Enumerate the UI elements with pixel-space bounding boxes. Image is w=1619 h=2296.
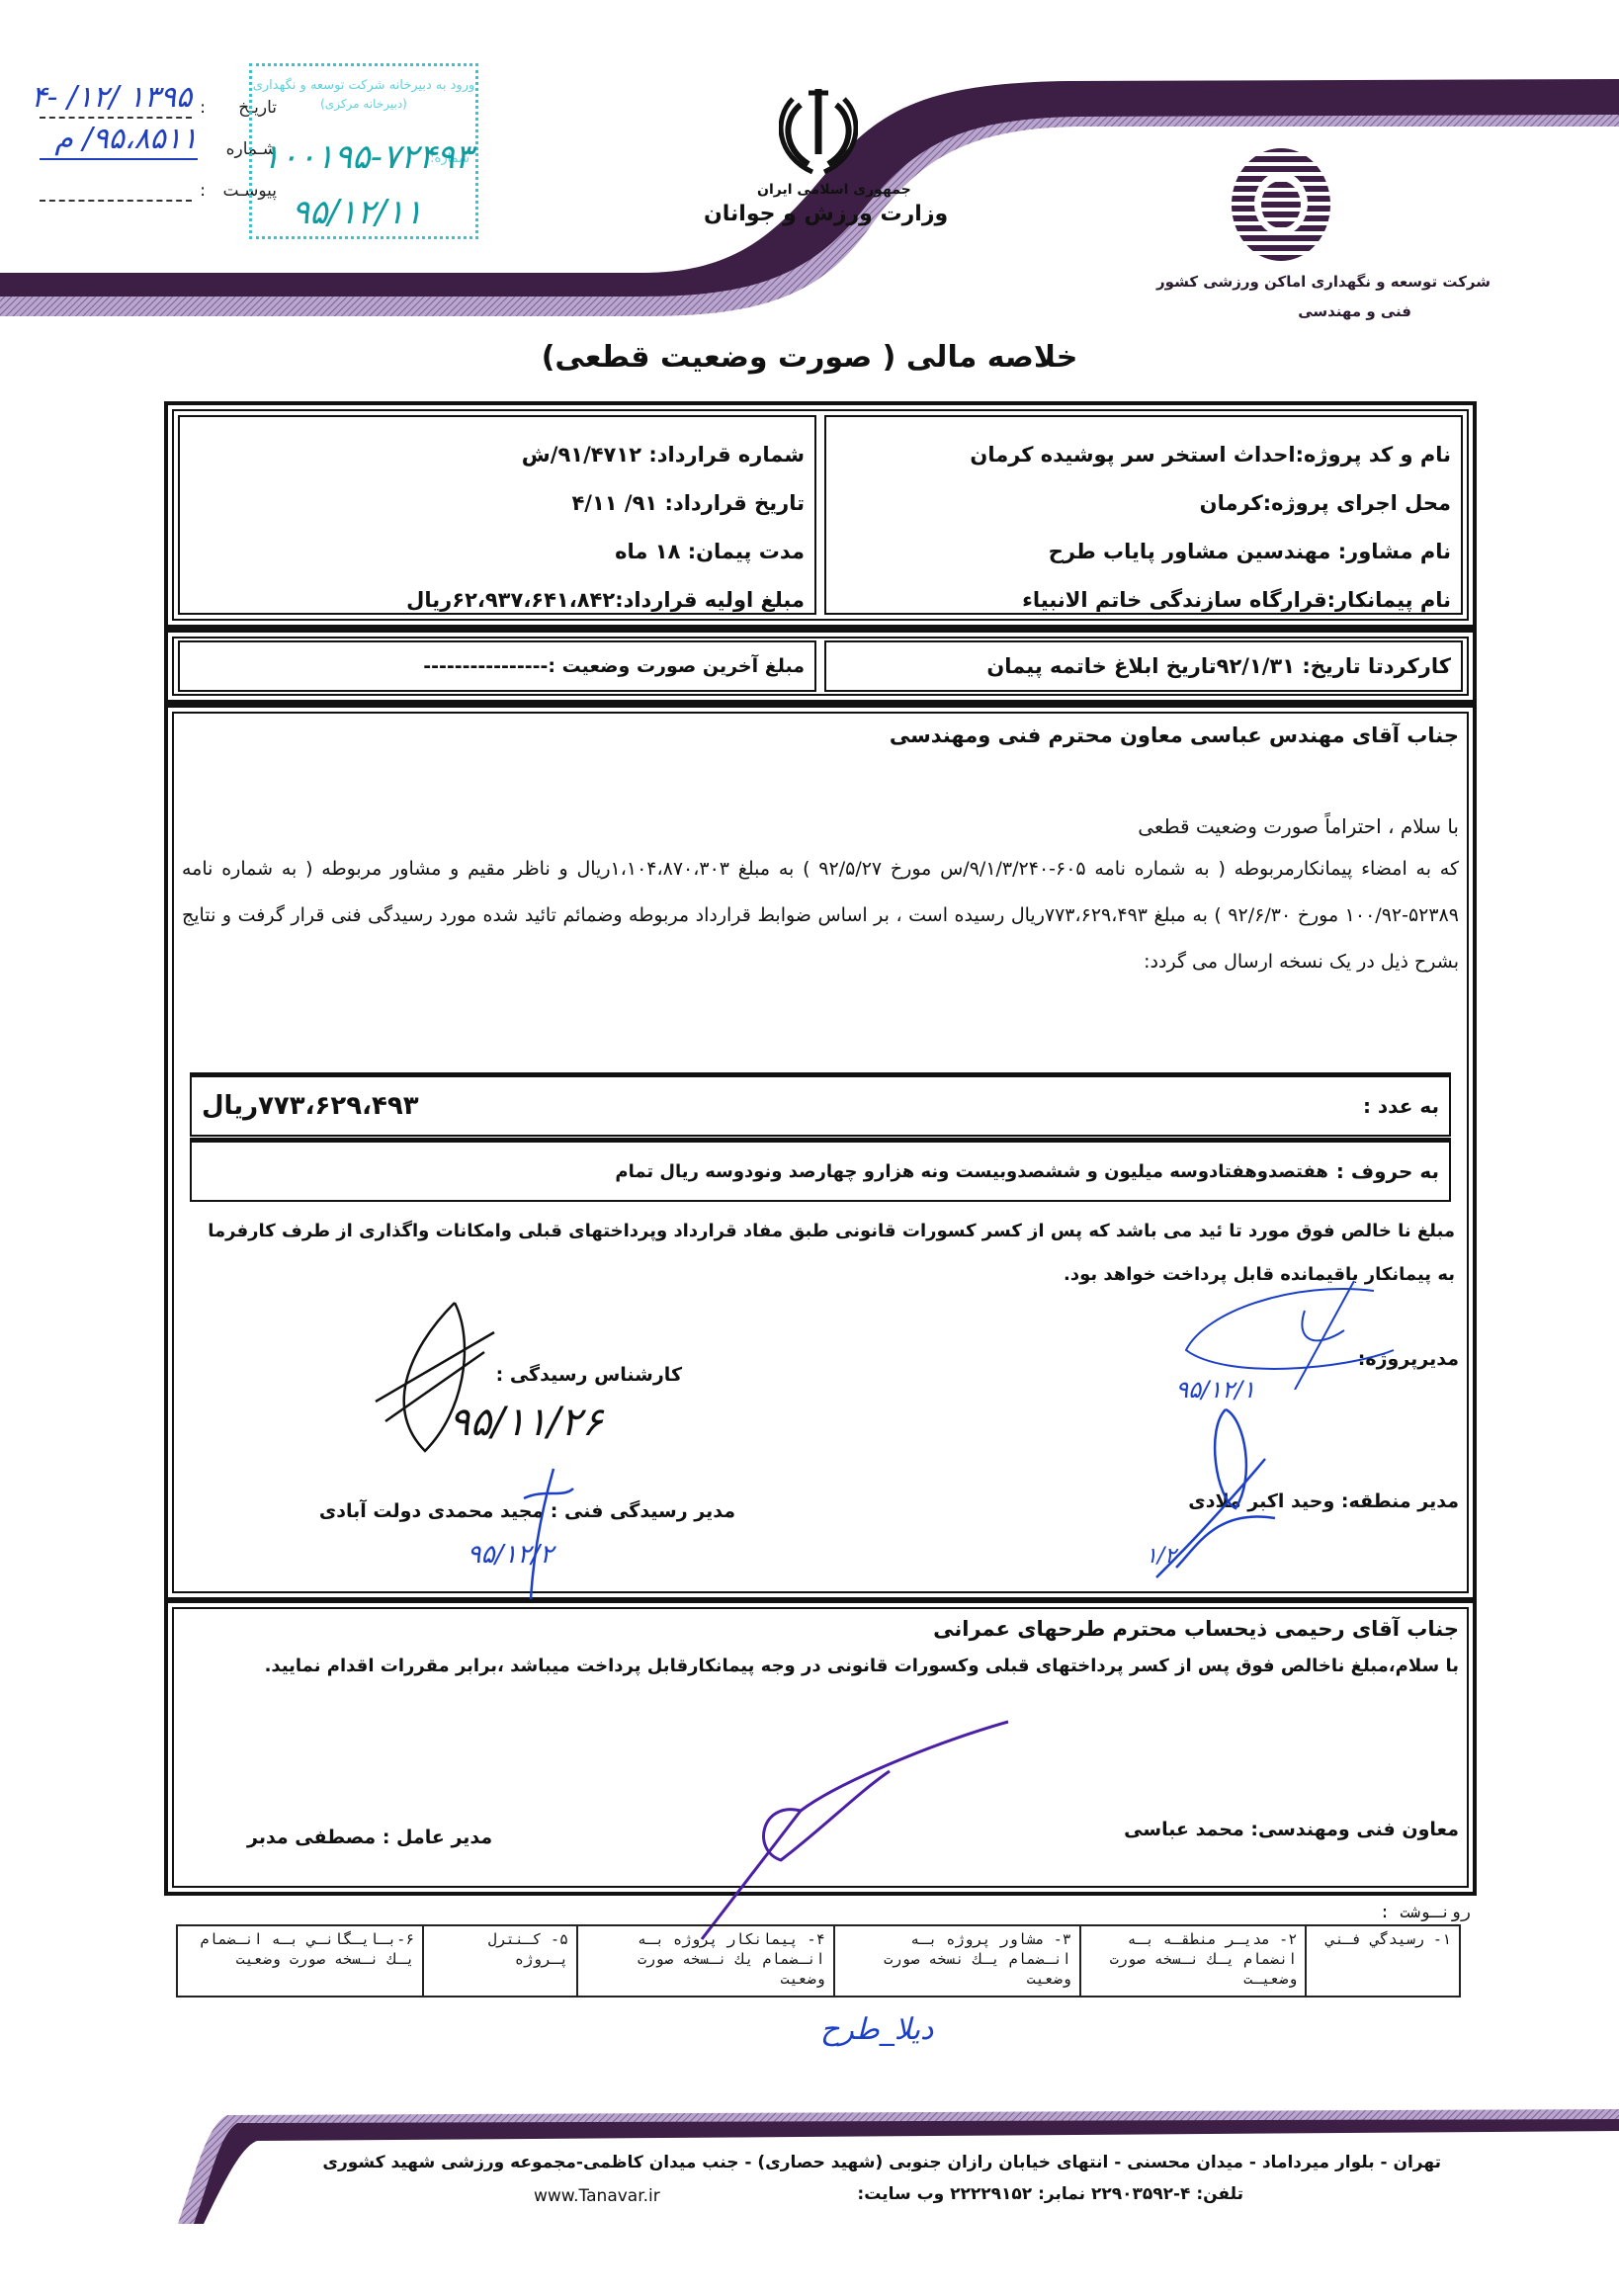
number-row: شـماره ۹۵،۸۵۱۱/ م xyxy=(40,128,277,170)
reviewer-signature-icon xyxy=(366,1293,504,1461)
cc-item-5: ۵- كـنترل پـروژه xyxy=(423,1925,577,1997)
iran-emblem-icon xyxy=(779,85,858,176)
date-value: ۱۳۹۵ /۱۲/ -۴ xyxy=(31,80,192,115)
stamp-subheading: (دبیرخانه مرکزی) xyxy=(252,97,475,111)
footer-website-link[interactable]: www.Tanavar.ir xyxy=(534,2186,660,2206)
footer-contact: تلفن: ۴-۲۲۹۰۳۵۹۲ نمابر: ۲۲۲۲۹۱۵۲ وب سایت… xyxy=(857,2184,1243,2204)
approval-body: با سلام،مبلغ ناخالص فوق پس از کسر پرداخت… xyxy=(182,1647,1459,1686)
work-status-box: کارکردتا تاریخ: ۹۲/۱/۳۱تاریخ ابلاغ خاتمه… xyxy=(164,629,1477,704)
cc-item-4: ۴- پیمانکار پروژه بـه انـضمام یك نـسخه ص… xyxy=(577,1925,834,1997)
approval-salutation: جناب آقای رحیمی ذیحساب محترم طرحهای عمرا… xyxy=(182,1617,1459,1641)
contractor-name: نام پیمانکار:قرارگاه سازندگی خاتم الانبی… xyxy=(836,576,1451,625)
registry-stamp: ورود به دبیرخانه شرکت توسعه و نگهداری (د… xyxy=(249,63,478,239)
deputy-signature-icon xyxy=(642,1712,1018,1949)
letter-body: که به امضاء پیمانکارمربوطه ( به شماره نا… xyxy=(182,846,1459,985)
stamp-date: ۹۵/۱۲/۱۱ xyxy=(292,193,422,232)
amount-number-label: به عدد : xyxy=(1363,1094,1439,1118)
amount-in-words: به حروف : هفتصدوهفتادوسه میلیون و ششصدوب… xyxy=(190,1141,1451,1202)
reviewer-signature-label: کارشناس رسیدگی : xyxy=(496,1364,682,1386)
amount-words-label: به حروف : xyxy=(1336,1159,1439,1183)
letter-greeting: با سلام ، احتراماً صورت وضعیت قطعی xyxy=(182,807,1459,846)
deputy-signature: معاون فنی ومهندسی: محمد عباسی xyxy=(1124,1819,1459,1840)
amount-number-value: ۷۷۳،۶۲۹،۴۹۳ریال xyxy=(202,1091,419,1121)
cc-item-1: ۱- رسیدگي فـني xyxy=(1306,1925,1460,1997)
cc-item-3: ۳- مشاور پروژه بـه انـضمام یـك نسخه صورت… xyxy=(834,1925,1080,1997)
cc-row: ۱- رسیدگي فـني ۲- مدیـر منطقـه بـه انضما… xyxy=(177,1925,1460,1997)
cc-distribution-table: ۱- رسیدگي فـني ۲- مدیـر منطقـه بـه انضما… xyxy=(176,1924,1461,1998)
company-logo-icon xyxy=(1230,146,1332,263)
cc-item-2: ۲- مدیـر منطقـه بـه انضمام یـك نـسخه صور… xyxy=(1080,1925,1306,1997)
country-name: جمهوری اسلامی ایران xyxy=(757,182,911,198)
stamp-heading: ورود به دبیرخانه شرکت توسعه و نگهداری xyxy=(252,78,475,93)
contract-duration: مدت پیمان: ۱۸ ماه xyxy=(190,528,805,576)
contract-number: شماره قرارداد: ۹۱/۴۷۱۲/ش xyxy=(190,431,805,479)
initial-contract-amount: مبلغ اولیه قرارداد:۶۲،۹۳۷،۶۴۱،۸۴۲ریال xyxy=(190,576,805,625)
review-letter-box: جناب آقای مهندس عباسی معاون محترم فنی وم… xyxy=(164,704,1477,1601)
amount-words-value: هفتصدوهفتادوسه میلیون و ششصدوبیست ونه هز… xyxy=(615,1161,1328,1182)
project-info-left: شماره قرارداد: ۹۱/۴۷۱۲/ش تاریخ قرارداد: … xyxy=(178,415,816,615)
document-title: خلاصه مالی ( صورت وضعیت قطعی) xyxy=(0,340,1619,375)
amount-in-numbers: به عدد : ۷۷۳،۶۲۹،۴۹۳ریال xyxy=(190,1075,1451,1137)
ministry-name: وزارت ورزش و جوانان xyxy=(704,202,948,226)
cc-item-6: ۶-بـایـگانـي بـه انـضمام یـك نـسخه صورت … xyxy=(177,1925,423,1997)
project-name: نام و کد پروژه:احداث استخر سر پوشیده کرم… xyxy=(836,431,1451,479)
project-manager-signature-icon xyxy=(1147,1271,1404,1390)
cc-label: رونـوشت : xyxy=(1380,1903,1471,1922)
region-manager-signature-icon xyxy=(1117,1400,1315,1597)
project-location: محل اجرای پروژه:کرمان xyxy=(836,479,1451,528)
number-line: ۹۵،۸۵۱۱/ م xyxy=(40,138,198,160)
ceo-signature: مدیر عامل : مصطفی مدبر xyxy=(247,1827,492,1848)
company-department: فنی و مهندسی xyxy=(1298,302,1411,320)
date-line: ۱۳۹۵ /۱۲/ -۴ xyxy=(40,97,192,119)
consultant-name: نام مشاور: مهندسین مشاور پایاب طرح xyxy=(836,528,1451,576)
stamp-number: ۱۰۰۱۹۵-۷۲۴۹۳ xyxy=(262,137,472,177)
contract-date: تاریخ قرارداد: ۹۱/ ۴/۱۱ xyxy=(190,479,805,528)
last-statement-amount: مبلغ آخرین صورت وضعیت :---------------- xyxy=(178,640,816,692)
letter-salutation: جناب آقای مهندس عباسی معاون محترم فنی وم… xyxy=(182,723,1459,747)
attachment-row: پیوسـت : xyxy=(40,170,277,212)
number-value: ۹۵،۸۵۱۱/ م xyxy=(54,122,198,156)
approval-letter-box: جناب آقای رحیمی ذیحساب محترم طرحهای عمرا… xyxy=(164,1599,1477,1896)
letter-meta: تاریـخ : ۱۳۹۵ /۱۲/ -۴ شـماره ۹۵،۸۵۱۱/ م … xyxy=(40,87,277,212)
attachment-line xyxy=(40,180,192,202)
project-info-box: نام و کد پروژه:احداث استخر سر پوشیده کرم… xyxy=(164,401,1477,629)
footer-address: تهران - بلوار میرداماد - میدان محسنی - ا… xyxy=(322,2153,1441,2172)
handwritten-cc-note: دیلا_طرح xyxy=(820,2012,933,2047)
company-name: شرکت توسعه و نگهداری اماکن ورزشی کشور xyxy=(1156,273,1491,291)
project-info-right: نام و کد پروژه:احداث استخر سر پوشیده کرم… xyxy=(824,415,1463,615)
work-until-date: کارکردتا تاریخ: ۹۲/۱/۳۱تاریخ ابلاغ خاتمه… xyxy=(824,640,1463,692)
